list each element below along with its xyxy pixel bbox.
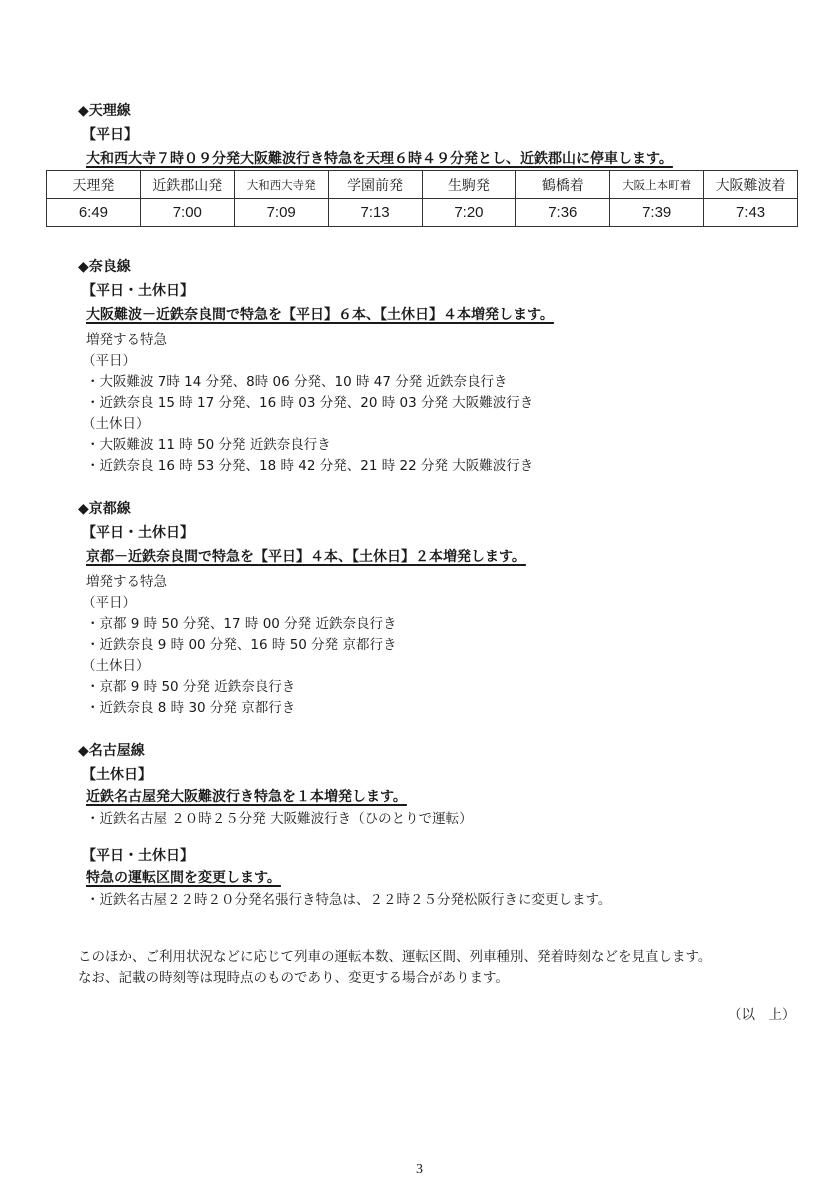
list-item: ・近鉄奈良 8 時 30 分発 京都行き [86, 696, 295, 716]
page-number: 3 [416, 1162, 423, 1178]
list-item: ・近鉄名古屋２２時２０分発名張行き特急は、２２時２５分発松阪行きに変更します。 [86, 888, 611, 908]
time-cell: 7:13 [328, 199, 422, 227]
nara-day-type: 【平日・土休日】 [82, 280, 194, 300]
list-item: ・京都 9 時 50 分発、17 時 00 分発 近鉄奈良行き [86, 612, 396, 632]
time-cell: 7:43 [704, 199, 798, 227]
nagoya-line-heading: ◆名古屋線 [78, 740, 145, 760]
list-item: ・近鉄奈良 16 時 53 分発、18 時 42 分発、21 時 22 分発 大… [86, 454, 533, 474]
nara-lead-text: 大阪難波－近鉄奈良間で特急を【平日】６本、【土休日】４本増発します。 [86, 304, 554, 324]
station-header: 鶴橋着 [516, 171, 610, 199]
kyoto-intro: 増発する特急 [86, 570, 167, 590]
list-item: ・京都 9 時 50 分発 近鉄奈良行き [86, 675, 295, 695]
end-mark: （以 上） [728, 1003, 796, 1023]
station-header: 近鉄郡山発 [140, 171, 234, 199]
time-cell: 6:49 [47, 199, 141, 227]
nara-holiday-label: （土休日） [82, 412, 150, 432]
tenri-day-type: 【平日】 [82, 124, 138, 144]
nara-weekday-label: （平日） [82, 349, 136, 369]
time-cell: 7:36 [516, 199, 610, 227]
station-header: 天理発 [47, 171, 141, 199]
list-item: ・近鉄名古屋 ２０時２５分発 大阪難波行き（ひのとりで運転） [86, 807, 473, 827]
tenri-timetable: 天理発 近鉄郡山発 大和西大寺発 学園前発 生駒発 鶴橋着 大阪上本町着 大阪難… [46, 170, 798, 227]
list-item: ・大阪難波 11 時 50 分発 近鉄奈良行き [86, 433, 331, 453]
timetable-header-row: 天理発 近鉄郡山発 大和西大寺発 学園前発 生駒発 鶴橋着 大阪上本町着 大阪難… [47, 171, 798, 199]
closing-note-2: なお、記載の時刻等は現時点のものであり、変更する場合があります。 [78, 966, 509, 986]
closing-note-1: このほか、ご利用状況などに応じて列車の運転本数、運転区間、列車種別、発着時刻など… [78, 945, 711, 965]
station-header: 大和西大寺発 [234, 171, 328, 199]
time-cell: 7:00 [140, 199, 234, 227]
nagoya-day-type-1: 【土休日】 [82, 764, 152, 784]
tenri-lead-text: 大和西大寺７時０９分発大阪難波行き特急を天理６時４９分発とし、近鉄郡山に停車しま… [86, 148, 673, 168]
nara-line-heading: ◆奈良線 [78, 256, 131, 276]
kyoto-lead-text: 京都－近鉄奈良間で特急を【平日】４本、【土休日】２本増発します。 [86, 546, 526, 566]
tenri-line-heading: ◆天理線 [78, 100, 131, 120]
station-header: 学園前発 [328, 171, 422, 199]
list-item: ・近鉄奈良 9 時 00 分発、16 時 50 分発 京都行き [86, 633, 396, 653]
station-header: 生駒発 [422, 171, 516, 199]
list-item: ・近鉄奈良 15 時 17 分発、16 時 03 分発、20 時 03 分発 大… [86, 391, 533, 411]
station-header: 大阪上本町着 [610, 171, 704, 199]
nagoya-lead-text-2: 特急の運転区間を変更します。 [86, 867, 281, 887]
nagoya-lead-text-1: 近鉄名古屋発大阪難波行き特急を１本増発します。 [86, 786, 407, 806]
list-item: ・大阪難波 7時 14 分発、8時 06 分発、10 時 47 分発 近鉄奈良行… [86, 370, 508, 390]
nara-intro: 増発する特急 [86, 328, 167, 348]
time-cell: 7:39 [610, 199, 704, 227]
station-header: 大阪難波着 [704, 171, 798, 199]
kyoto-weekday-label: （平日） [82, 591, 136, 611]
kyoto-holiday-label: （土休日） [82, 654, 150, 674]
nagoya-day-type-2: 【平日・土休日】 [82, 845, 194, 865]
time-cell: 7:09 [234, 199, 328, 227]
kyoto-day-type: 【平日・土休日】 [82, 522, 194, 542]
timetable-time-row: 6:49 7:00 7:09 7:13 7:20 7:36 7:39 7:43 [47, 199, 798, 227]
kyoto-line-heading: ◆京都線 [78, 498, 131, 518]
time-cell: 7:20 [422, 199, 516, 227]
